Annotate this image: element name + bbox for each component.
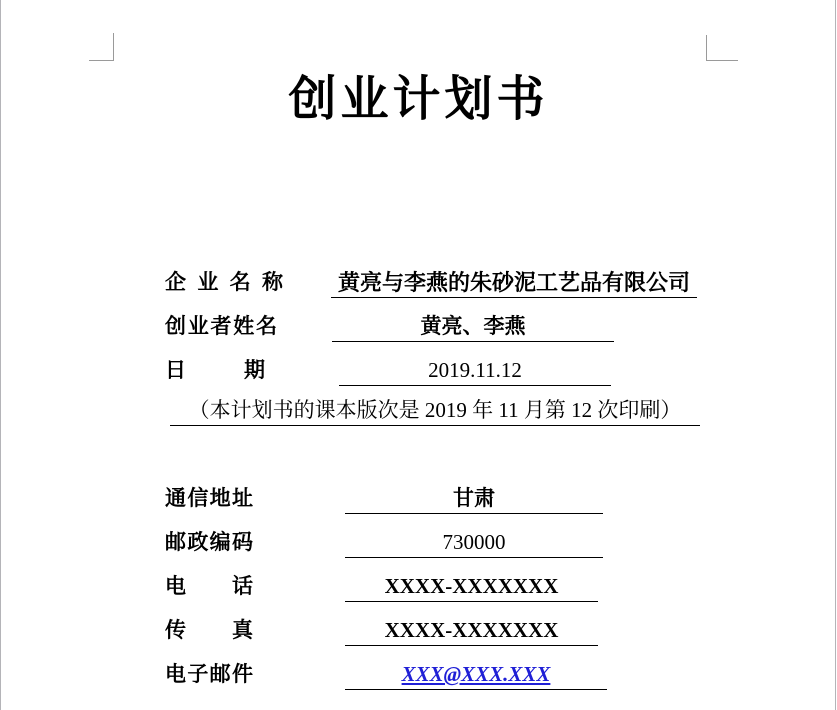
- field-value-founder-names: 黄亮、李燕: [332, 312, 614, 342]
- field-value-phone: XXXX-XXXXXXX: [345, 572, 598, 602]
- margin-crop-mark-left: [89, 33, 114, 61]
- field-value-address: 甘肃: [345, 484, 603, 514]
- field-label-email: 电子邮件: [165, 660, 253, 689]
- field-value-date: 2019.11.12: [339, 356, 611, 386]
- field-value-postal-code: 730000: [345, 528, 603, 558]
- edition-note: （本计划书的课本版次是 2019 年 11 月第 12 次印刷）: [170, 396, 700, 426]
- document-title: 创业计划书: [0, 60, 837, 129]
- margin-crop-mark-right: [706, 35, 738, 61]
- field-value-fax: XXXX-XXXXXXX: [345, 616, 598, 646]
- field-label-company-name: 企业名称: [165, 268, 283, 297]
- field-label-phone: 电话: [165, 572, 253, 601]
- field-value-company-name: 黄亮与李燕的朱砂泥工艺品有限公司: [331, 268, 697, 298]
- email-link[interactable]: XXX@XXX.XXX: [402, 662, 551, 686]
- field-label-date: 日期: [165, 356, 265, 385]
- field-value-email: XXX@XXX.XXX: [345, 660, 607, 690]
- field-label-postal-code: 邮政编码: [165, 528, 253, 557]
- field-label-founder-names: 创业者姓名: [165, 312, 277, 341]
- document-page: { "title": "创业计划书", "fields": [ { "label…: [0, 0, 837, 710]
- field-label-fax: 传真: [165, 616, 253, 645]
- field-label-address: 通信地址: [165, 484, 253, 513]
